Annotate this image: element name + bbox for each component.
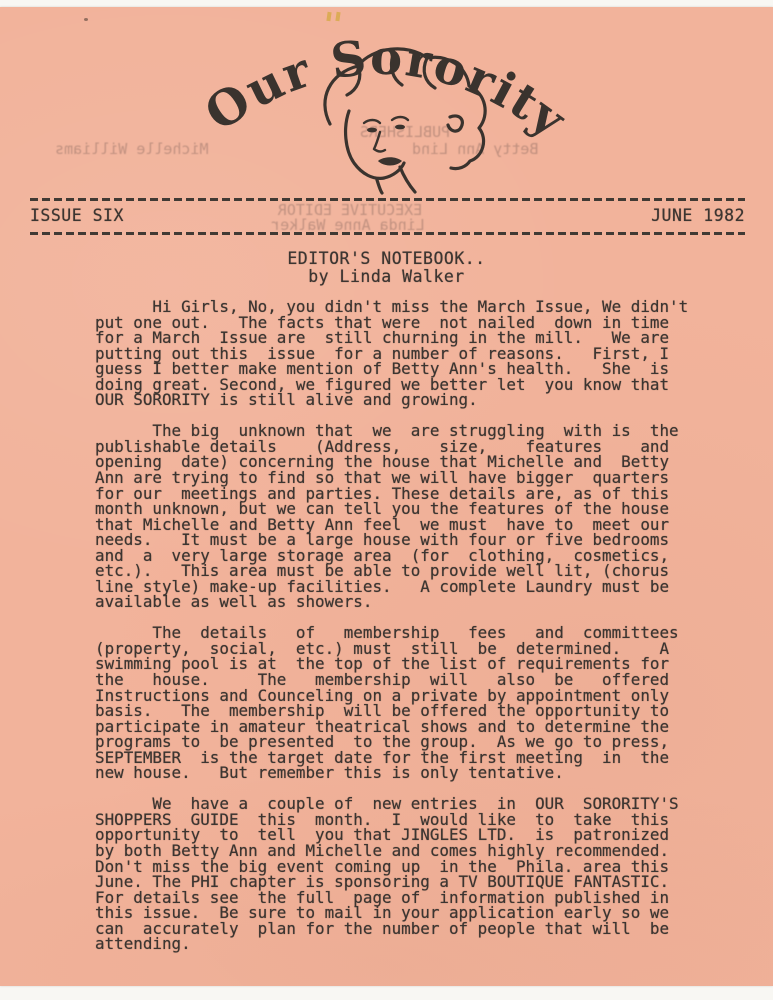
yellow-scan-artifact	[327, 12, 345, 21]
logo-arc-text: Our Sorority	[195, 30, 576, 150]
dashed-rule-top	[30, 198, 745, 201]
masthead-logo: Our Sorority	[150, 29, 620, 199]
ink-speck	[84, 18, 88, 21]
article-title: EDITOR'S NOTEBOOK..	[0, 250, 773, 268]
paragraph-2: The big unknown that we are struggling w…	[95, 423, 715, 610]
issue-label: ISSUE SIX	[30, 206, 124, 225]
issue-row: ISSUE SIX JUNE 1982	[30, 206, 745, 225]
logo-text: Our Sorority	[195, 30, 576, 150]
paragraph-3: The details of membership fees and commi…	[95, 625, 715, 780]
paragraph-4: We have a couple of new entries in OUR S…	[95, 796, 715, 951]
paragraph-1: Hi Girls, No, you didn't miss the March …	[95, 299, 715, 408]
newsletter-page: PUBLISHERS Michelle Williams Betty Ann L…	[0, 7, 773, 986]
date-label: JUNE 1982	[651, 206, 745, 225]
article-byline: by Linda Walker	[0, 268, 773, 286]
article-header: EDITOR'S NOTEBOOK.. by Linda Walker	[0, 250, 773, 285]
dashed-rule-bottom	[30, 232, 745, 235]
article-body: Hi Girls, No, you didn't miss the March …	[95, 299, 715, 967]
